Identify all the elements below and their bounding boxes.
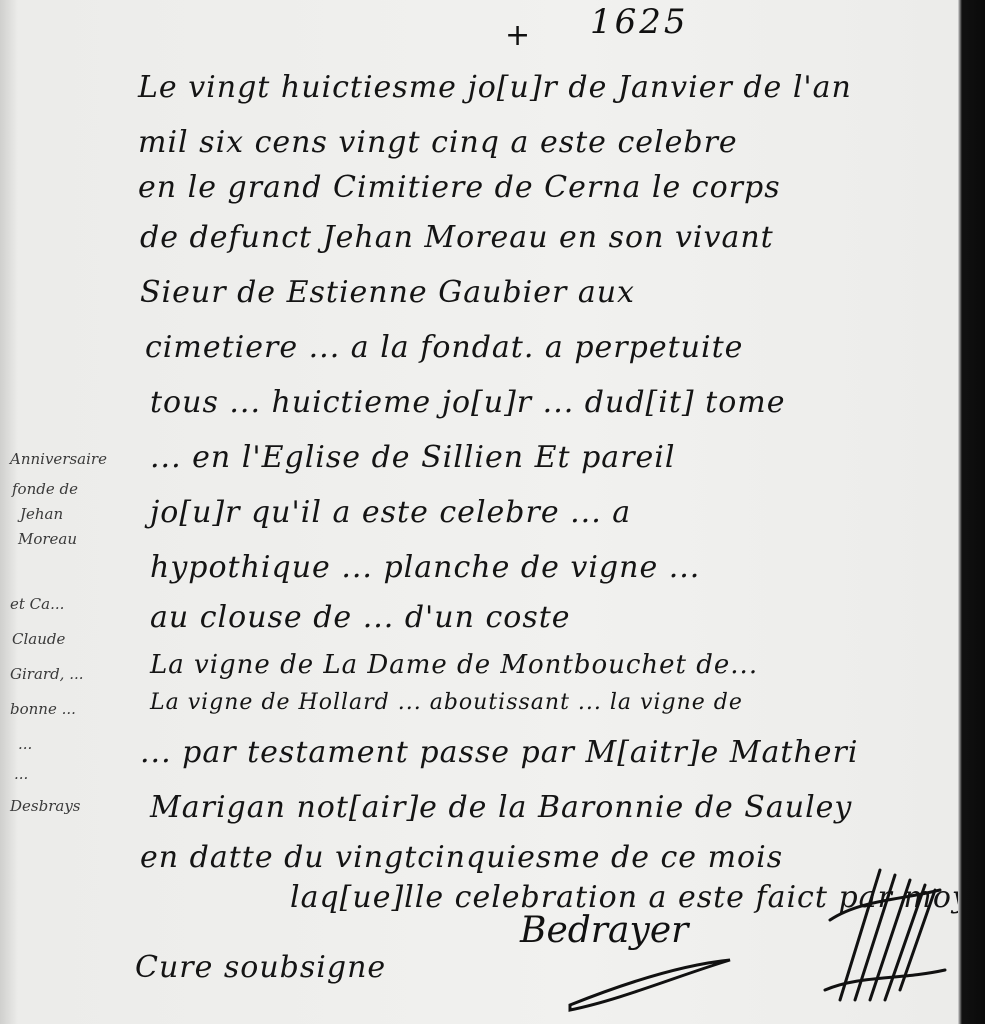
body-line: Sieur de Estienne Gaubier aux xyxy=(140,275,635,310)
body-line: mil six cens vingt cinq a este celebre xyxy=(138,125,738,160)
margin-note-line: ... xyxy=(18,735,32,753)
body-line: La vigne de La Dame de Montbouchet de... xyxy=(150,650,758,680)
body-line: Marigan not[air]e de la Baronnie de Saul… xyxy=(150,790,852,825)
paraph-mark xyxy=(820,860,950,1010)
body-line: cimetiere ... a la fondat. a perpetuite xyxy=(145,330,743,365)
margin-note-line: Jehan xyxy=(20,505,63,523)
body-line: jo[u]r qu'il a este celebre ... a xyxy=(150,495,631,530)
body-line: hypothique ... planche de vigne ... xyxy=(150,550,700,585)
margin-note-line: et Ca... xyxy=(10,595,64,613)
margin-note-line: Desbrays xyxy=(10,797,81,815)
body-line: Cure soubsigne xyxy=(135,950,386,985)
margin-note-line: ... xyxy=(14,765,28,783)
signature: Bedrayer xyxy=(520,910,688,951)
margin-note-line: Claude xyxy=(12,630,65,648)
body-line: en le grand Cimitiere de Cerna le corps xyxy=(138,170,781,205)
body-line: de defunct Jehan Moreau en son vivant xyxy=(140,220,774,255)
margin-note-line: Moreau xyxy=(18,530,77,548)
body-line: ... en l'Eglise de Sillien Et pareil xyxy=(150,440,675,475)
body-line: tous ... huictieme jo[u]r ... dud[it] to… xyxy=(150,385,785,420)
margin-note-line: fonde de xyxy=(12,480,78,498)
entry-year: 1625 xyxy=(590,2,689,42)
body-line: en datte du vingtcinquiesme de ce mois xyxy=(140,840,783,875)
body-line: La vigne de Hollard ... aboutissant ... … xyxy=(150,690,743,715)
body-line: Le vingt huictiesme jo[u]r de Janvier de… xyxy=(138,70,852,105)
margin-note-line: bonne ... xyxy=(10,700,76,718)
cross-mark: + xyxy=(505,18,530,53)
body-line: au clouse de ... d'un coste xyxy=(150,600,571,635)
body-line: ... par testament passe par M[aitr]e Mat… xyxy=(140,735,858,770)
signature-flourish xyxy=(560,955,740,1015)
margin-note-line: Girard, ... xyxy=(10,665,84,683)
margin-note-line: Anniversaire xyxy=(10,450,107,468)
binding-edge xyxy=(958,0,985,1024)
register-page: + 1625 Le vingt huictiesme jo[u]r de Jan… xyxy=(0,0,958,1024)
